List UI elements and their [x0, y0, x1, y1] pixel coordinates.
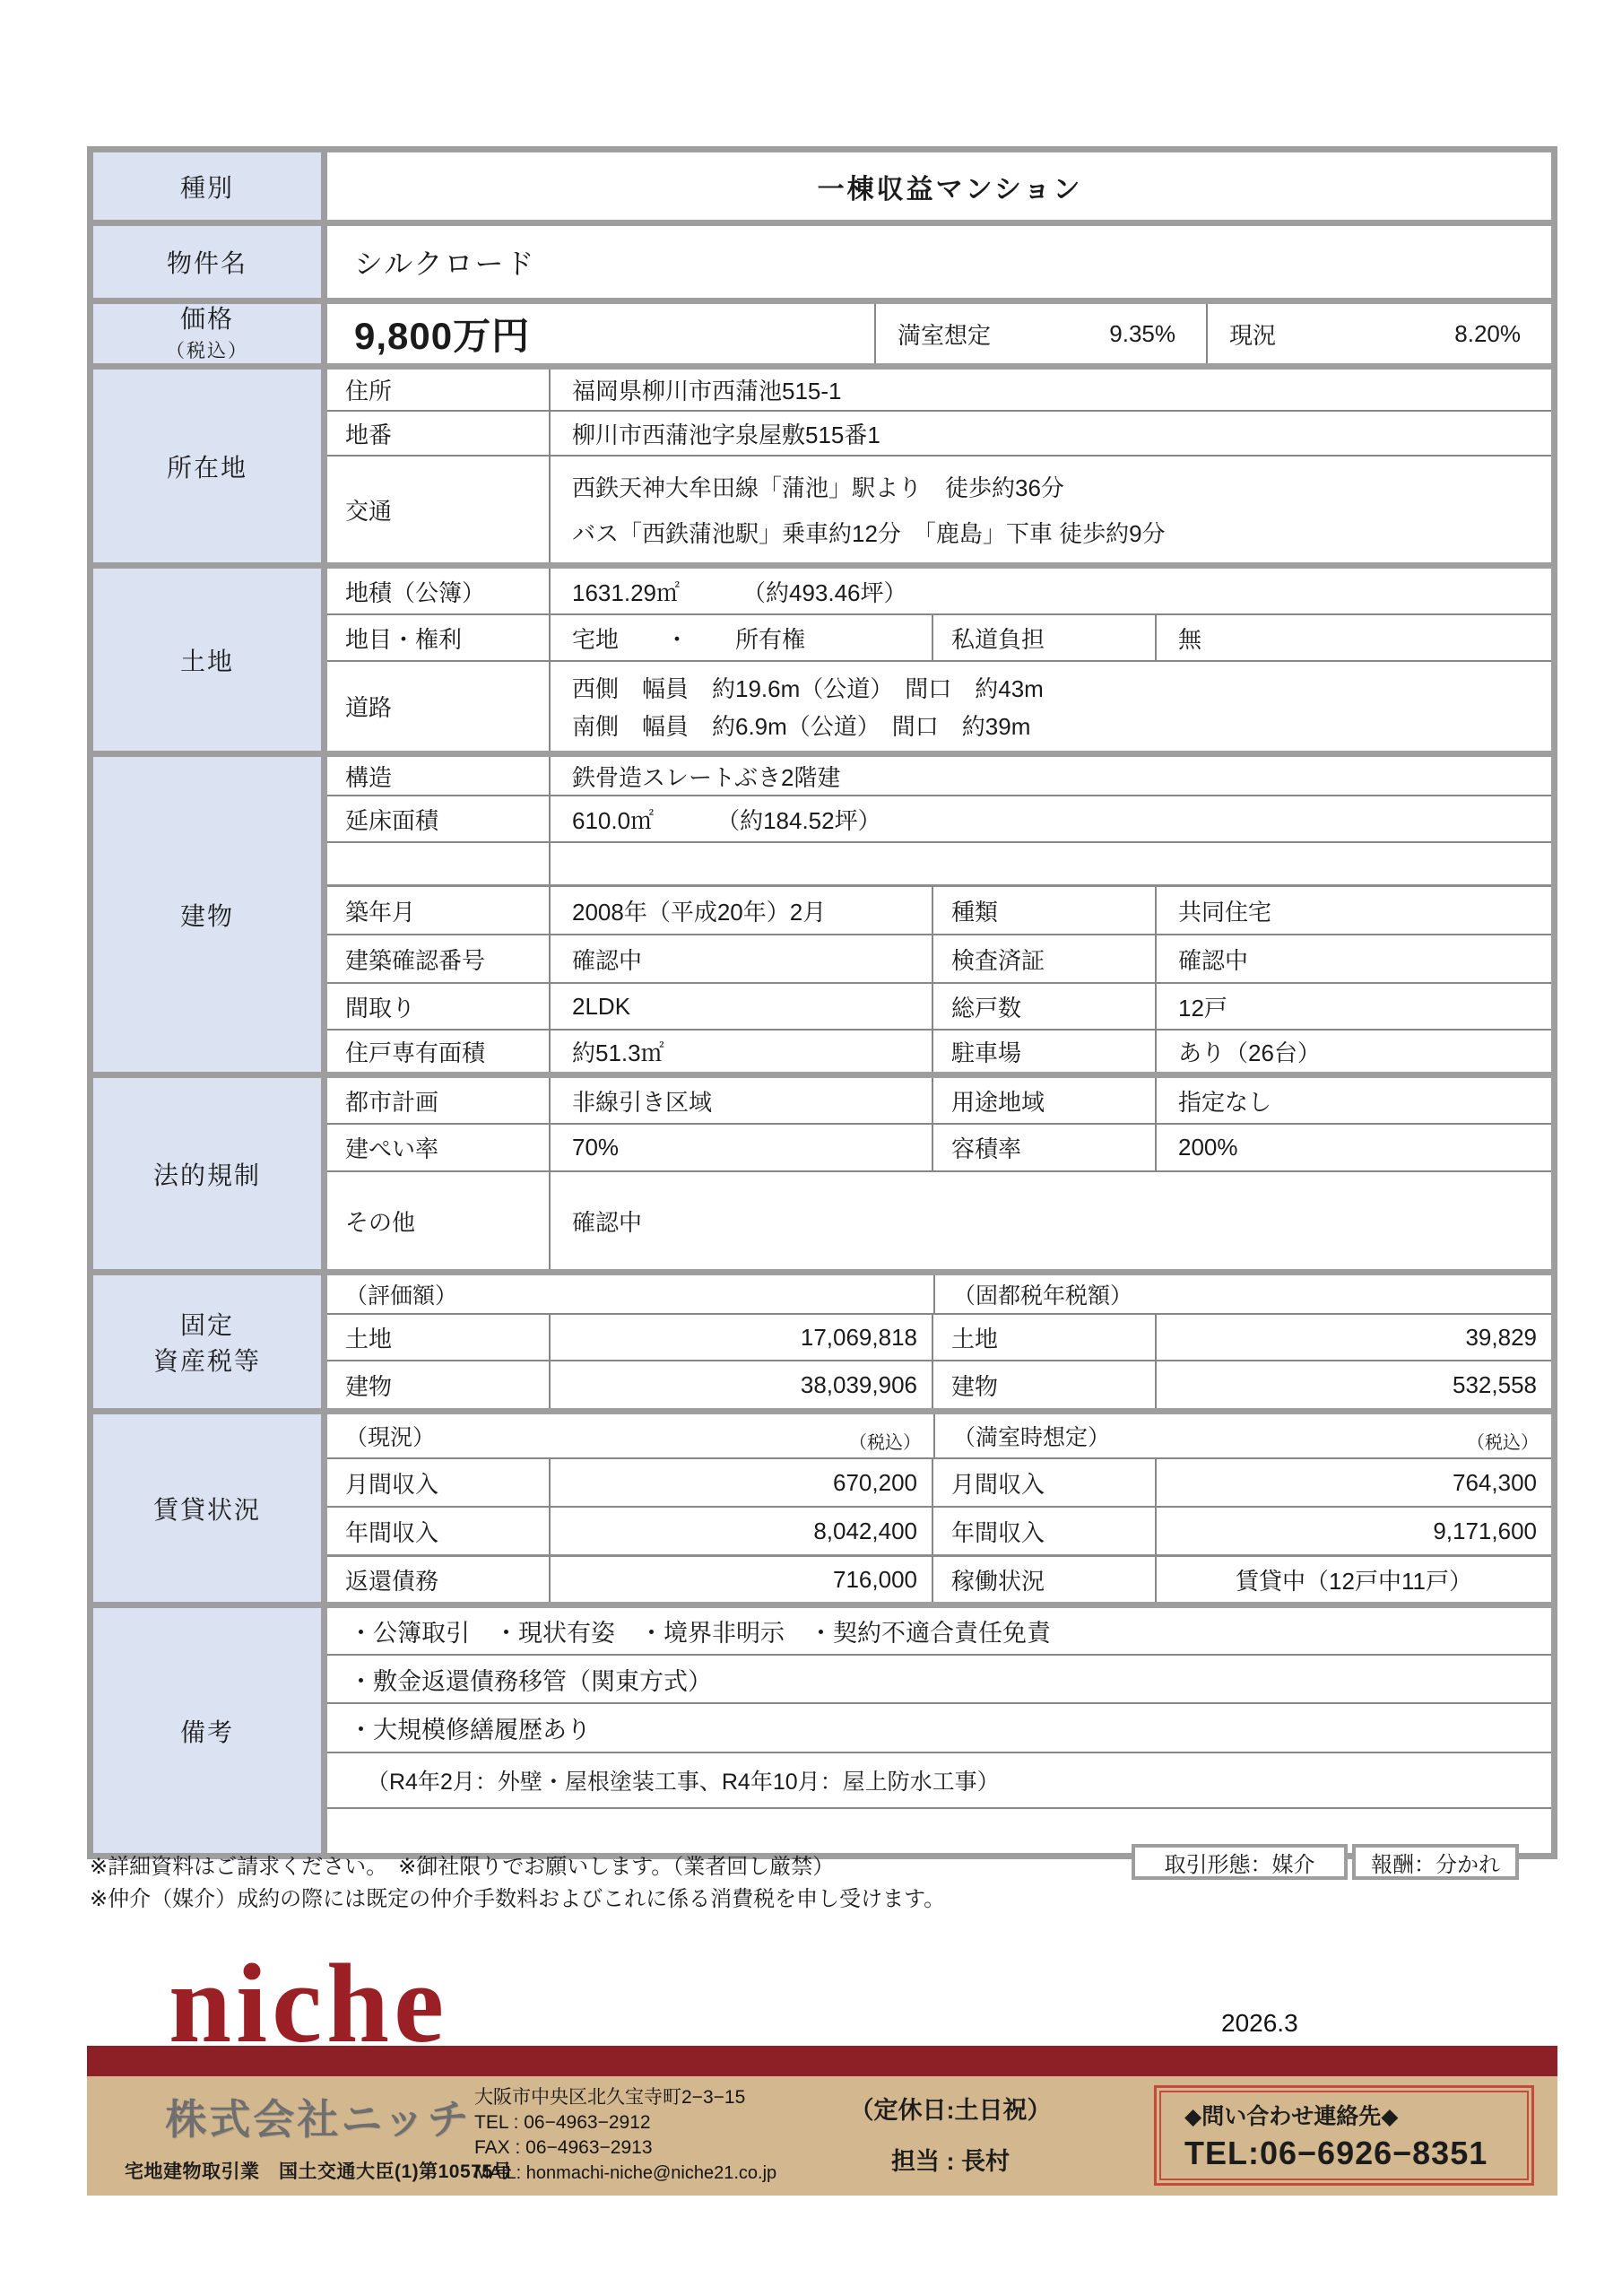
- tatemono-label: 建物: [93, 757, 327, 1072]
- inquiry-contact-box: ◆問い合わせ連絡先◆ TEL:06−6926−8351: [1154, 2085, 1534, 2186]
- genkyo-tax-note: （税込）: [849, 1428, 933, 1457]
- manshitsu-tax-note: （税込）: [1467, 1428, 1551, 1457]
- kotei-label-line2: 資産税等: [153, 1342, 261, 1378]
- section-bukkenmei: 物件名 シルクロード: [93, 220, 1551, 298]
- bukkenmei-label: 物件名: [93, 226, 327, 298]
- company-fax: FAX : 06−4963−2913: [474, 2135, 776, 2161]
- issue-date: 2026.3: [1221, 2009, 1298, 2038]
- shozaichi-label: 所在地: [93, 370, 327, 562]
- commission-box: 報酬：分かれ: [1352, 1844, 1519, 1880]
- biko-label: 備考: [93, 1608, 327, 1853]
- jusho-value: 福岡県柳川市西蒲池515-1: [549, 370, 1551, 410]
- shurui-label: 種類: [932, 887, 1155, 934]
- kotsu-value: 西鉄天神大牟田線「蒲池」駅より 徒歩約36分 バス「西鉄蒲池駅」乗車約12分 「…: [549, 457, 1551, 562]
- chintai-genkyo-header: （現況） （税込）: [327, 1414, 933, 1457]
- kensa-value: 確認中: [1155, 935, 1551, 982]
- footnotes: ※詳細資料はご請求ください。 ※御社限りでお願いします。（業者回し厳禁） ※仲介…: [90, 1851, 945, 1916]
- hyoka-tochi-label: 土地: [327, 1315, 549, 1360]
- tochi-label: 土地: [93, 569, 327, 751]
- biko-line2: ・敷金返還債務移管（関東方式）: [327, 1656, 1551, 1702]
- toshikeikaku-label: 都市計画: [327, 1078, 549, 1123]
- property-flyer-page: 種別 一棟収益マンション 物件名 シルクロード 価格 （税込）: [0, 0, 1622, 2296]
- company-license: 宅地建物取引業 国土交通大臣(1)第10575号: [103, 2157, 533, 2184]
- yoto-value: 指定なし: [1155, 1078, 1551, 1123]
- hoteki-label: 法的規制: [93, 1078, 327, 1269]
- biko-line1: ・公簿取引 ・現状有姿 ・境界非明示 ・契約不適合責任免責: [327, 1608, 1551, 1654]
- biko-line3: ・大規模修繕履歴あり: [327, 1704, 1551, 1752]
- madori-label: 間取り: [327, 984, 549, 1029]
- chimoku-value: 宅地 ・ 所有権: [549, 615, 932, 660]
- kozo-label: 構造: [327, 757, 549, 795]
- gekkan-genkyo-value: 670,200: [549, 1459, 932, 1506]
- kenpei-label: 建ぺい率: [327, 1125, 549, 1170]
- shubetsu-label: 種別: [93, 152, 327, 220]
- kosu-value: 12戸: [1155, 984, 1551, 1029]
- henkan-value: 716,000: [549, 1557, 932, 1602]
- company-contact-block: 大阪市中央区北久宝寺町2−3−15 TEL : 06−4963−2912 FAX…: [474, 2085, 776, 2186]
- chintai-manshitsu-header: （満室時想定） （税込）: [933, 1414, 1551, 1457]
- nenkan-genkyo-value: 8,042,400: [549, 1508, 932, 1554]
- nobeyuka-value: 610.0㎡ （約184.52坪）: [549, 796, 1551, 841]
- blank-label: [327, 843, 549, 884]
- doro-line2: 南側 幅員 約6.9m（公道） 間口 約39m: [572, 709, 1030, 742]
- kosu-label: 総戸数: [932, 984, 1155, 1029]
- yield-current-value: 8.20%: [1454, 320, 1521, 348]
- biko-line4: （R4年2月：外壁・屋根塗装工事、R4年10月：屋上防水工事）: [327, 1753, 1551, 1807]
- section-kakaku: 価格 （税込） 9,800万円 満室想定 9.35% 現況 8.20%: [93, 298, 1551, 363]
- kotsu-label: 交通: [327, 457, 549, 562]
- section-shozaichi: 所在地 住所 福岡県柳川市西蒲池515-1 地番 柳川市西蒲池字泉屋敷515番1…: [93, 363, 1551, 562]
- section-tatemono: 建物 構造 鉄骨造スレートぶき2階建 延床面積 610.0㎡ （約184.52坪…: [93, 751, 1551, 1072]
- kakaku-label: 価格 （税込）: [93, 304, 327, 363]
- yield-full-cell: 満室想定 9.35%: [874, 304, 1206, 363]
- sonota-value: 確認中: [549, 1172, 1551, 1269]
- yoseki-value: 200%: [1155, 1125, 1551, 1170]
- gekkan-label-genkyo: 月間収入: [327, 1459, 549, 1506]
- property-spec-table: 種別 一棟収益マンション 物件名 シルクロード 価格 （税込）: [87, 146, 1557, 1859]
- manshitsu-header-text: （満室時想定）: [953, 1420, 1110, 1452]
- footer-company-bar: 株式会社ニッチ 宅地建物取引業 国土交通大臣(1)第10575号 大阪市中央区北…: [87, 2076, 1557, 2196]
- chikunengetsu-label: 築年月: [327, 887, 549, 934]
- kotei-label-line1: 固定: [180, 1306, 234, 1342]
- yoto-label: 用途地域: [932, 1078, 1155, 1123]
- gekkan-label-manshitsu: 月間収入: [932, 1459, 1155, 1506]
- gekkan-manshitsu-value: 764,300: [1155, 1459, 1551, 1506]
- company-name: 株式会社ニッチ: [103, 2087, 533, 2146]
- company-mail: MAIL: honmachi-niche@niche21.co.jp: [474, 2161, 776, 2186]
- footnote-line1: ※詳細資料はご請求ください。 ※御社限りでお願いします。（業者回し厳禁）: [90, 1851, 945, 1883]
- price-value: 9,800万円: [327, 304, 874, 363]
- footnote-line2: ※仲介（媒介）成約の際には既定の仲介手数料およびこれに係る消費税を申し受けます。: [90, 1883, 945, 1916]
- kotsu-line1: 西鉄天神大牟田線「蒲池」駅より 徒歩約36分: [572, 470, 1064, 503]
- yield-full-label: 満室想定: [898, 317, 991, 351]
- yield-current-label: 現況: [1229, 317, 1276, 351]
- shubetsu-value: 一棟収益マンション: [327, 152, 1551, 220]
- deal-type-box: 取引形態：媒介: [1132, 1844, 1348, 1880]
- doro-value: 西側 幅員 約19.6m（公道） 間口 約43m 南側 幅員 約6.9m（公道）…: [549, 662, 1551, 751]
- kotei-label: 固定 資産税等: [93, 1275, 327, 1408]
- toshikeikaku-value: 非線引き区域: [549, 1078, 932, 1123]
- niche-logo: niche: [169, 1948, 448, 2061]
- closed-days: （定休日:土日祝）: [820, 2091, 1080, 2126]
- hyoka-tochi-value: 17,069,818: [549, 1315, 932, 1360]
- zei-tatemono-value: 532,558: [1155, 1361, 1551, 1408]
- zei-tochi-value: 39,829: [1155, 1315, 1551, 1360]
- doro-label: 道路: [327, 662, 549, 751]
- kakaku-label-main: 価格: [180, 304, 234, 335]
- kado-label: 稼働状況: [932, 1557, 1155, 1602]
- madori-value: 2LDK: [549, 984, 932, 1029]
- nenkan-label-manshitsu: 年間収入: [932, 1508, 1155, 1554]
- chiban-label: 地番: [327, 412, 549, 455]
- section-biko: 備考 ・公簿取引 ・現状有姿 ・境界非明示 ・契約不適合責任免責 ・敷金返還債務…: [93, 1602, 1551, 1853]
- henkan-label: 返還債務: [327, 1557, 549, 1602]
- shido-label: 私道負担: [932, 615, 1155, 660]
- chiseki-tsubo: （約493.46坪）: [742, 575, 907, 608]
- section-hoteki: 法的規制 都市計画 非線引き区域 用途地域 指定なし 建ぺい率 70% 容積率 …: [93, 1072, 1551, 1269]
- shurui-value: 共同住宅: [1155, 887, 1551, 934]
- kakunin-value: 確認中: [549, 935, 932, 982]
- section-tochi: 土地 地積（公簿） 1631.29㎡ （約493.46坪） 地目・権利 宅地 ・…: [93, 562, 1551, 751]
- inquiry-tel: TEL:06−6926−8351: [1184, 2135, 1527, 2172]
- kakunin-label: 建築確認番号: [327, 935, 549, 982]
- person-in-charge: 担当 : 長村: [820, 2142, 1080, 2177]
- shido-value: 無: [1155, 615, 1551, 660]
- inquiry-title: ◆問い合わせ連絡先◆: [1184, 2099, 1527, 2131]
- chiseki-label: 地積（公簿）: [327, 569, 549, 613]
- sonota-label: その他: [327, 1172, 549, 1269]
- chushajo-label: 駐車場: [932, 1031, 1155, 1072]
- blank-value: [549, 843, 1551, 884]
- chikunengetsu-value: 2008年（平成20年）2月: [549, 887, 932, 934]
- doro-line1: 西側 幅員 約19.6m（公道） 間口 約43m: [572, 671, 1044, 704]
- nobeyuka-label: 延床面積: [327, 796, 549, 841]
- nobeyuka-tsubo: （約184.52坪）: [716, 803, 881, 836]
- chiseki-value: 1631.29㎡ （約493.46坪）: [549, 569, 1551, 613]
- bukkenmei-value: シルクロード: [327, 226, 1551, 298]
- section-chintai: 賃貸状況 （現況） （税込） （満室時想定） （税込） 月間収入 670,200…: [93, 1408, 1551, 1602]
- inquiry-contact-inner: ◆問い合わせ連絡先◆ TEL:06−6926−8351: [1159, 2091, 1529, 2180]
- chushajo-value: あり（26台）: [1155, 1031, 1551, 1072]
- kenpei-value: 70%: [549, 1125, 932, 1170]
- genkyo-header-text: （現況）: [345, 1420, 435, 1452]
- chimoku-label: 地目・権利: [327, 615, 549, 660]
- footer-red-band: [87, 2046, 1557, 2076]
- jusho-label: 住所: [327, 370, 549, 410]
- kado-value: 賃貸中（12戸中11戸）: [1155, 1557, 1551, 1602]
- kensa-label: 検査済証: [932, 935, 1155, 982]
- senyu-value: 約51.3㎡: [549, 1031, 932, 1072]
- yield-full-value: 9.35%: [1109, 320, 1175, 348]
- nenkan-label-genkyo: 年間収入: [327, 1508, 549, 1554]
- company-address: 大阪市中央区北久宝寺町2−3−15: [474, 2085, 776, 2110]
- chintai-label: 賃貸状況: [93, 1414, 327, 1602]
- nobeyuka-sqm: 610.0㎡: [572, 803, 654, 836]
- zei-tatemono-label: 建物: [932, 1361, 1155, 1408]
- chiban-value: 柳川市西蒲池字泉屋敷515番1: [549, 412, 1551, 455]
- yield-current-cell: 現況 8.20%: [1206, 304, 1551, 363]
- company-block: 株式会社ニッチ 宅地建物取引業 国土交通大臣(1)第10575号: [103, 2087, 533, 2184]
- office-hours-block: （定休日:土日祝） 担当 : 長村: [820, 2091, 1080, 2177]
- section-kotei: 固定 資産税等 （評価額） （固都税年税額） 土地 17,069,818 土地 …: [93, 1269, 1551, 1408]
- kozo-value: 鉄骨造スレートぶき2階建: [549, 757, 1551, 795]
- kotsu-line2: バス「西鉄蒲池駅」乗車約12分 「鹿島」下車 徒歩約9分: [572, 516, 1166, 549]
- kotozei-header: （固都税年税額）: [933, 1275, 1551, 1313]
- hyoka-tatemono-value: 38,039,906: [549, 1361, 932, 1408]
- hyoka-tatemono-label: 建物: [327, 1361, 549, 1408]
- senyu-label: 住戸専有面積: [327, 1031, 549, 1072]
- section-shubetsu: 種別 一棟収益マンション: [93, 152, 1551, 220]
- nenkan-manshitsu-value: 9,171,600: [1155, 1508, 1551, 1554]
- hyoka-header: （評価額）: [327, 1275, 933, 1313]
- yoseki-label: 容積率: [932, 1125, 1155, 1170]
- chiseki-sqm: 1631.29㎡: [572, 575, 680, 608]
- zei-tochi-label: 土地: [932, 1315, 1155, 1360]
- company-tel: TEL : 06−4963−2912: [474, 2110, 776, 2135]
- kakaku-label-sub: （税込）: [166, 336, 248, 363]
